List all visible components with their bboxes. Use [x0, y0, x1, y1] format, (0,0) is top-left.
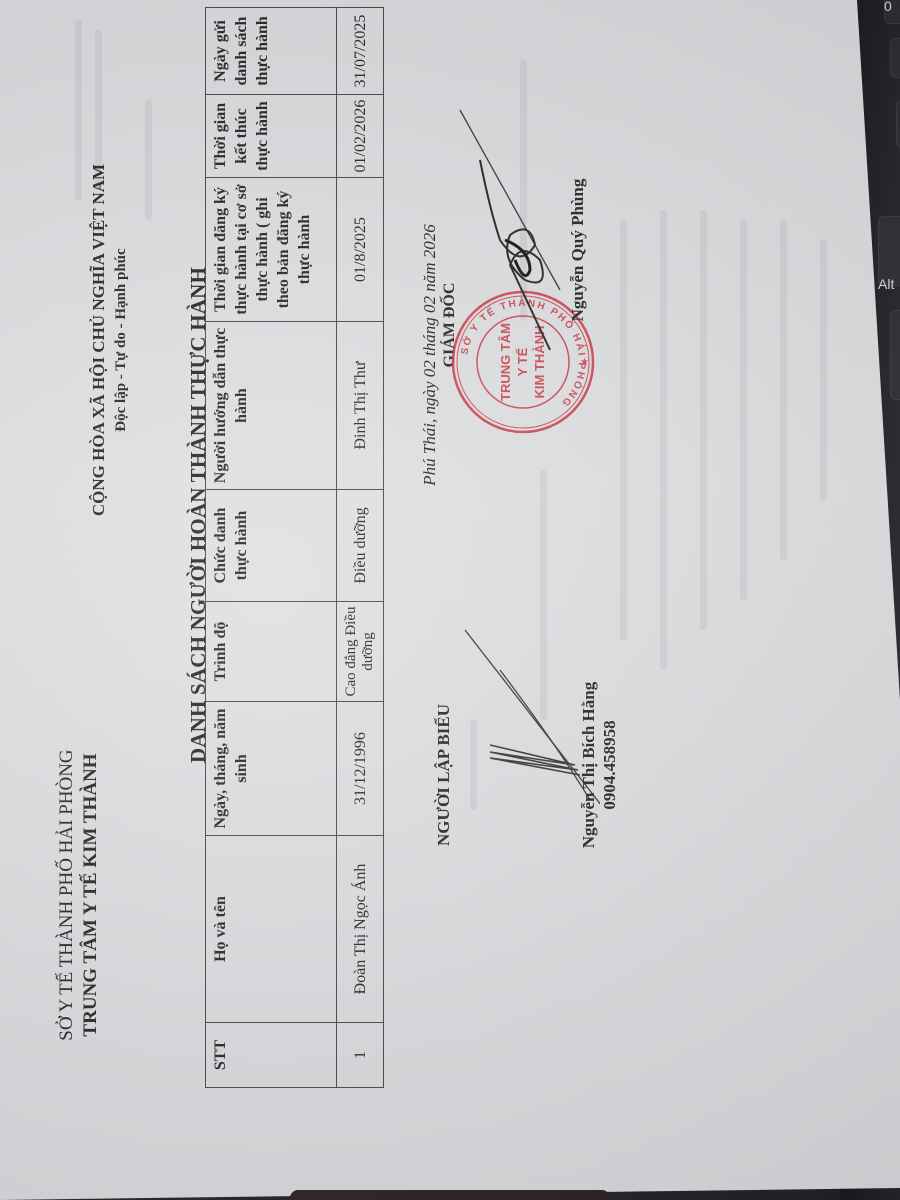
agency-parent: SỞ Y TẾ THÀNH PHỐ HẢI PHÒNG [55, 700, 79, 1090]
agency-name: TRUNG TÂM Y TẾ KIM THÀNH [79, 700, 103, 1090]
col-header-qualification: Trình độ [206, 602, 337, 702]
col-header-supervisor: Người hướng dẫn thực hành [206, 322, 337, 490]
practice-completion-table: STT Họ và tên Ngày, tháng, năm sinh Trìn… [205, 7, 384, 1088]
stamp-center-line3: KIM THÀNH [532, 326, 547, 399]
preparer-name-block: Nguyễn Thị Bích Hằng 0904.458958 [578, 650, 620, 880]
stamp-center-line1: TRUNG TÂM [498, 323, 513, 401]
cell-end-date: 01/02/2026 [337, 95, 384, 178]
table-header-row: STT Họ và tên Ngày, tháng, năm sinh Trìn… [206, 8, 337, 1088]
cell-supervisor: Đinh Thị Thư [337, 322, 384, 490]
col-header-practice-title: Chức danh thực hành [206, 490, 337, 602]
motto: Độc lập - Tự do - Hạnh phúc [110, 120, 132, 560]
stamp-center-line2: Y TẾ [515, 347, 530, 376]
preparer-name: Nguyễn Thị Bích Hằng [578, 650, 599, 880]
national-motto-header: CỘNG HÒA XÃ HỘI CHỦ NGHĨA VIỆT NAM Độc l… [88, 120, 132, 560]
preparer-phone: 0904.458958 [599, 650, 620, 880]
col-header-date-of-birth: Ngày, tháng, năm sinh [206, 702, 337, 836]
col-header-stt: STT [206, 1023, 337, 1088]
country-name: CỘNG HÒA XÃ HỘI CHỦ NGHĨA VIỆT NAM [88, 120, 110, 560]
col-header-end-date: Thời gian kết thúc thực hành [206, 95, 337, 178]
cell-qualification: Cao đẳng Điều dưỡng [337, 602, 384, 702]
col-header-registration-date: Thời gian đăng ký thực hành tại cơ sở th… [206, 178, 337, 322]
cell-submission-date: 31/07/2025 [337, 8, 384, 95]
approver-name: Nguyễn Quý Phùng [568, 140, 588, 360]
col-header-submission-date: Ngày gửi danh sách thực hành [206, 8, 337, 95]
cell-registration-date: 01/8/2025 [337, 178, 384, 322]
cell-date-of-birth: 31/12/1996 [337, 702, 384, 836]
cell-full-name: Đoàn Thị Ngọc Ánh [337, 836, 384, 1023]
issuing-agency-header: SỞ Y TẾ THÀNH PHỐ HẢI PHÒNG TRUNG TÂM Y … [55, 700, 103, 1090]
cell-stt: 1 [337, 1023, 384, 1088]
place-and-date: Phú Thái, ngày 02 tháng 02 năm 2026 [420, 110, 440, 600]
document-page: SỞ Y TẾ THÀNH PHỐ HẢI PHÒNG TRUNG TÂM Y … [0, 0, 900, 1200]
table-row: 1 Đoàn Thị Ngọc Ánh 31/12/1996 Cao đẳng … [337, 8, 384, 1088]
cell-practice-title: Điều dưỡng [337, 490, 384, 602]
preparer-title: NGƯỜI LẬP BIỂU [434, 680, 454, 870]
col-header-full-name: Họ và tên [206, 836, 337, 1023]
